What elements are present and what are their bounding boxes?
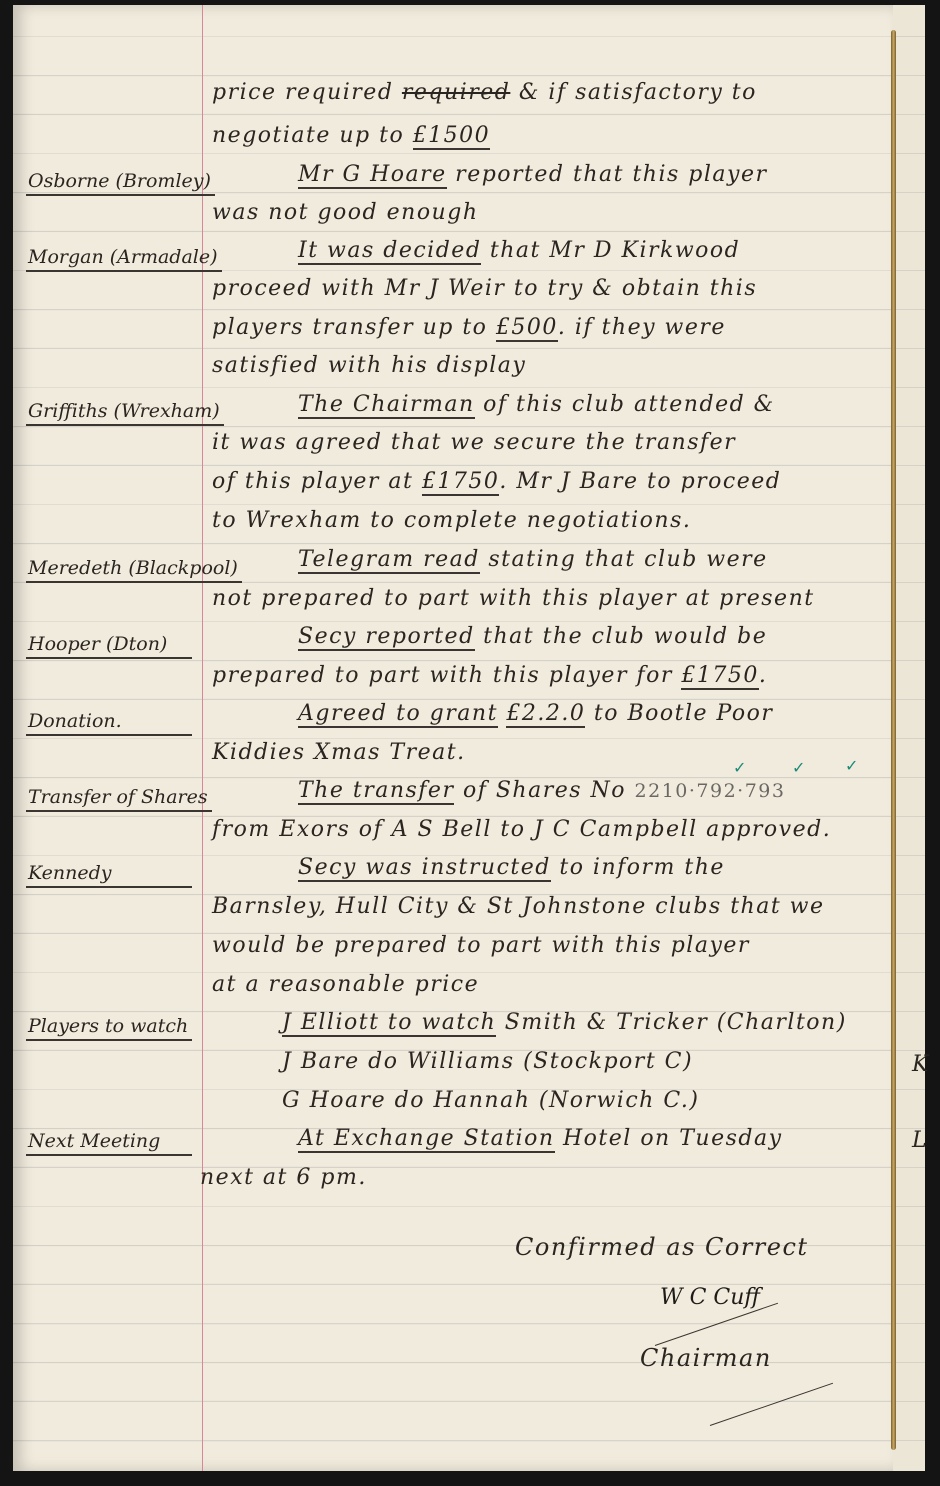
facing-page-fragment: L bbox=[912, 1128, 927, 1153]
line-segment: At Exchange Station bbox=[298, 1126, 555, 1153]
minutes-line: satisfied with his display bbox=[212, 353, 526, 378]
line-segment: of this player at bbox=[212, 469, 422, 494]
line-segment: £500 bbox=[496, 315, 558, 342]
minutes-line: proceed with Mr J Weir to try & obtain t… bbox=[212, 276, 757, 301]
line-segment: prepared to part with this player for bbox=[212, 663, 681, 688]
margin-heading: Meredeth (Blackpool) bbox=[26, 557, 242, 583]
line-segment: J Elliott to watch bbox=[282, 1010, 496, 1037]
checkmark-icon: ✓ bbox=[733, 758, 746, 778]
line-segment: price required bbox=[212, 80, 402, 105]
minutes-line: It was decided that Mr D Kirkwood bbox=[298, 238, 740, 263]
line-segment: was not good enough bbox=[212, 200, 478, 225]
line-segment: Hotel on Tuesday bbox=[555, 1126, 783, 1151]
margin-heading: Kennedy bbox=[26, 862, 192, 888]
chairman-title: Chairman bbox=[640, 1344, 772, 1372]
checkmark-icon: ✓ bbox=[845, 756, 858, 776]
line-segment: J Bare do Williams (Stockport C) bbox=[282, 1049, 693, 1074]
line-segment: stating that club were bbox=[480, 547, 768, 572]
minutes-line: of this player at £1750. Mr J Bare to pr… bbox=[212, 469, 781, 494]
pencil-annotation: 2210·792·793 bbox=[635, 780, 786, 802]
minutes-line: next at 6 pm. bbox=[200, 1165, 367, 1190]
minutes-line: At Exchange Station Hotel on Tuesday bbox=[298, 1126, 783, 1151]
minutes-line: prepared to part with this player for £1… bbox=[212, 663, 767, 688]
line-segment: of this club attended & bbox=[475, 392, 775, 417]
line-segment: reported that this player bbox=[447, 162, 768, 187]
minutes-line: The Chairman of this club attended & bbox=[298, 392, 775, 417]
facing-page-edge bbox=[893, 5, 925, 1471]
minutes-line: J Elliott to watch Smith & Tricker (Char… bbox=[282, 1010, 847, 1035]
line-segment: Secy was instructed bbox=[298, 855, 551, 882]
minutes-line: not prepared to part with this player at… bbox=[212, 586, 815, 611]
line-segment: to Wrexham to complete negotiations. bbox=[212, 508, 691, 533]
line-segment: . bbox=[759, 663, 768, 688]
margin-heading: Morgan (Armadale) bbox=[26, 246, 222, 272]
line-segment: The transfer bbox=[298, 778, 454, 805]
minutes-line: negotiate up to £1500 bbox=[212, 123, 490, 148]
minutes-line: was not good enough bbox=[212, 200, 478, 225]
margin-heading: Next Meeting bbox=[26, 1130, 192, 1156]
minutes-line: Barnsley, Hull City & St Johnstone clubs… bbox=[212, 894, 825, 919]
minutes-line: players transfer up to £500. if they wer… bbox=[212, 315, 726, 340]
minutes-line: to Wrexham to complete negotiations. bbox=[212, 508, 691, 533]
minutes-line: at a reasonable price bbox=[212, 972, 479, 997]
line-segment: The Chairman bbox=[298, 392, 475, 419]
minutes-line: Kiddies Xmas Treat. bbox=[212, 740, 466, 765]
line-segment: £1500 bbox=[413, 123, 491, 150]
line-segment: to Bootle Poor bbox=[585, 701, 773, 726]
line-segment: that the club would be bbox=[475, 624, 768, 649]
minutes-line: from Exors of A S Bell to J C Campbell a… bbox=[212, 817, 831, 842]
line-segment: would be prepared to part with this play… bbox=[212, 933, 750, 958]
line-segment: at a reasonable price bbox=[212, 972, 479, 997]
minutes-line: Secy was instructed to inform the bbox=[298, 855, 725, 880]
minutes-line: G Hoare do Hannah (Norwich C.) bbox=[282, 1088, 699, 1113]
chairman-signature: W C Cuff bbox=[660, 1285, 760, 1310]
confirmation-text: Confirmed as Correct bbox=[515, 1233, 809, 1261]
minutes-line: price required required & if satisfactor… bbox=[212, 80, 757, 105]
line-segment: £1750 bbox=[422, 469, 500, 496]
line-segment: . Mr J Bare to proceed bbox=[499, 469, 781, 494]
line-segment: It was decided bbox=[298, 238, 481, 265]
minutes-line: Telegram read stating that club were bbox=[298, 547, 768, 572]
margin-heading: Players to watch bbox=[26, 1015, 192, 1041]
line-segment: not prepared to part with this player at… bbox=[212, 586, 815, 611]
line-segment: Barnsley, Hull City & St Johnstone clubs… bbox=[212, 894, 825, 919]
line-segment: £1750 bbox=[681, 663, 759, 690]
minutes-line: Agreed to grant £2.2.0 to Bootle Poor bbox=[298, 701, 773, 726]
line-segment: Secy reported bbox=[298, 624, 475, 651]
line-segment: satisfied with his display bbox=[212, 353, 526, 378]
minutes-line: J Bare do Williams (Stockport C) bbox=[282, 1049, 693, 1074]
line-segment: Kiddies Xmas Treat. bbox=[212, 740, 466, 765]
line-segment: G Hoare do Hannah (Norwich C.) bbox=[282, 1088, 699, 1113]
line-segment: Telegram read bbox=[298, 547, 480, 574]
line-segment: £2.2.0 bbox=[506, 701, 585, 728]
minutes-line: would be prepared to part with this play… bbox=[212, 933, 750, 958]
line-segment: required bbox=[402, 80, 510, 105]
line-segment: from Exors of A S Bell to J C Campbell a… bbox=[212, 817, 831, 842]
line-segment: it was agreed that we secure the transfe… bbox=[212, 430, 736, 455]
checkmark-icon: ✓ bbox=[792, 758, 805, 778]
line-segment: & if satisfactory to bbox=[510, 80, 757, 105]
line-segment: Mr G Hoare bbox=[298, 162, 447, 189]
line-segment: that Mr D Kirkwood bbox=[481, 238, 740, 263]
margin-rule bbox=[202, 5, 203, 1471]
line-segment: Smith & Tricker (Charlton) bbox=[496, 1010, 847, 1035]
margin-heading: Hooper (Dton) bbox=[26, 633, 192, 659]
line-segment: negotiate up to bbox=[212, 123, 413, 148]
line-segment: Agreed to grant bbox=[298, 701, 498, 728]
line-segment: of Shares No bbox=[454, 778, 634, 803]
margin-heading: Griffiths (Wrexham) bbox=[26, 400, 224, 426]
minutes-line: Mr G Hoare reported that this player bbox=[298, 162, 768, 187]
line-segment: players transfer up to bbox=[212, 315, 496, 340]
minutes-line: Secy reported that the club would be bbox=[298, 624, 767, 649]
margin-heading: Donation. bbox=[26, 710, 192, 736]
line-segment: to inform the bbox=[551, 855, 725, 880]
minutes-line: The transfer of Shares No 2210·792·793 bbox=[298, 778, 785, 803]
facing-page-fragment: K bbox=[912, 1052, 928, 1077]
line-segment: . if they were bbox=[558, 315, 726, 340]
minutes-line: it was agreed that we secure the transfe… bbox=[212, 430, 736, 455]
line-segment: next at 6 pm. bbox=[200, 1165, 367, 1190]
book-binding-thread bbox=[891, 30, 896, 1450]
margin-heading: Transfer of Shares bbox=[26, 786, 212, 812]
line-segment: proceed with Mr J Weir to try & obtain t… bbox=[212, 276, 757, 301]
margin-heading: Osborne (Bromley) bbox=[26, 170, 215, 196]
